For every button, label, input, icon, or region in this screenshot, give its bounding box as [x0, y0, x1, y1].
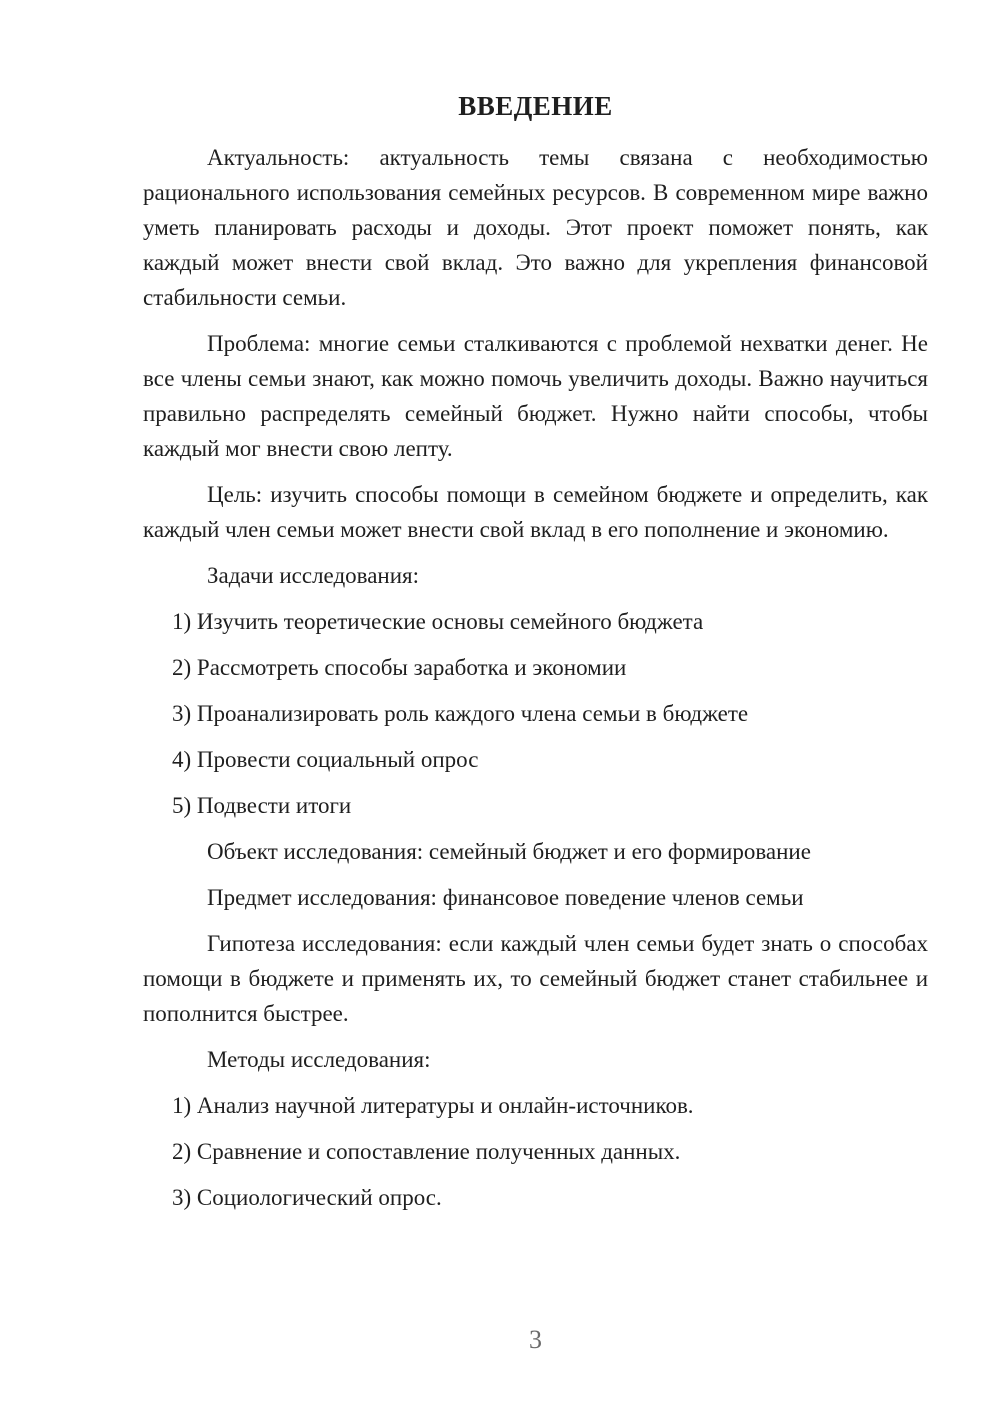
task-item-4: 4) Провести социальный опрос — [143, 742, 928, 777]
method-item-1: 1) Анализ научной литературы и онлайн-ис… — [143, 1088, 928, 1123]
paragraph-actuality: Актуальность: актуальность темы связана … — [143, 140, 928, 315]
methods-heading: Методы исследования: — [143, 1042, 928, 1077]
tasks-heading: Задачи исследования: — [143, 558, 928, 593]
paragraph-subject: Предмет исследования: финансовое поведен… — [143, 880, 928, 915]
method-item-2: 2) Сравнение и сопоставление полученных … — [143, 1134, 928, 1169]
method-item-3: 3) Социологический опрос. — [143, 1180, 928, 1215]
task-item-5: 5) Подвести итоги — [143, 788, 928, 823]
task-item-3: 3) Проанализировать роль каждого члена с… — [143, 696, 928, 731]
paragraph-object: Объект исследования: семейный бюджет и е… — [143, 834, 928, 869]
page-number: 3 — [143, 1325, 928, 1355]
page-title: ВВЕДЕНИЕ — [143, 89, 928, 124]
document-page: ВВЕДЕНИЕ Актуальность: актуальность темы… — [0, 0, 1000, 1414]
task-item-1: 1) Изучить теоретические основы семейног… — [143, 604, 928, 639]
paragraph-problem: Проблема: многие семьи сталкиваются с пр… — [143, 326, 928, 466]
paragraph-goal: Цель: изучить способы помощи в семейном … — [143, 477, 928, 547]
paragraph-hypothesis: Гипотеза исследования: если каждый член … — [143, 926, 928, 1031]
task-item-2: 2) Рассмотреть способы заработка и эконо… — [143, 650, 928, 685]
